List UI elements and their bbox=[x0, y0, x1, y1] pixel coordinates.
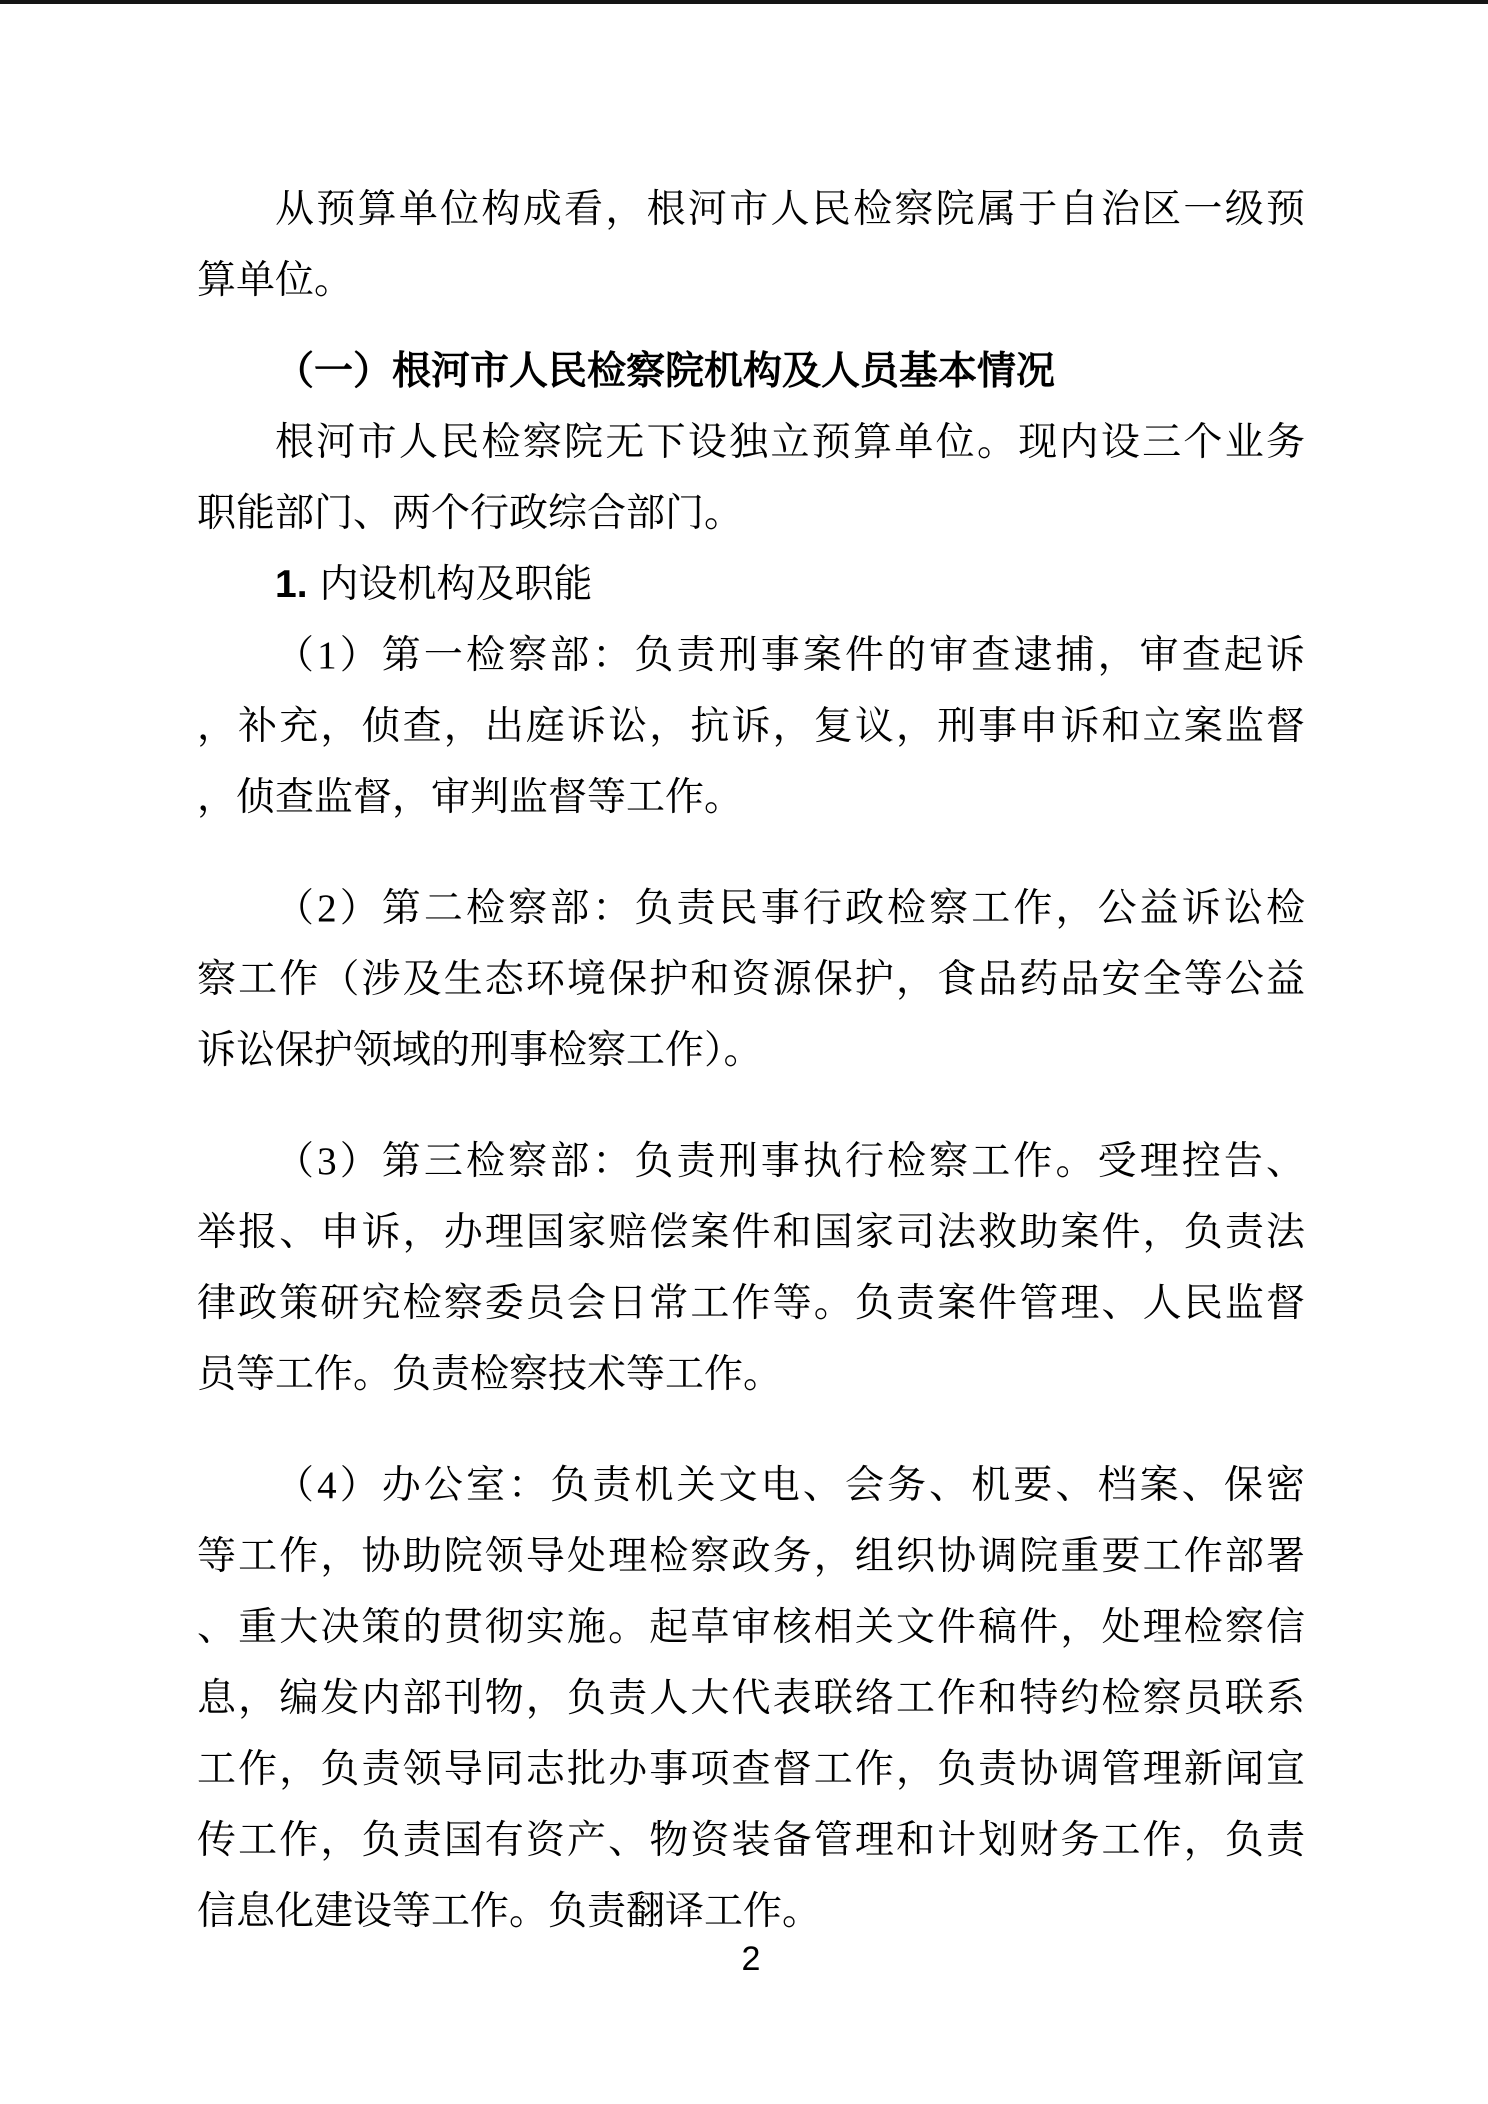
text-line: 根河市人民检察院无下设独立预算单位。现内设三个业务 bbox=[197, 407, 1305, 478]
section-heading: （一）根河市人民检察院机构及人员基本情况 bbox=[197, 336, 1305, 407]
page-number: 2 bbox=[197, 1934, 1305, 1984]
text-line: 等工作，协助院领导处理检察政务，组织协调院重要工作部署 bbox=[197, 1521, 1305, 1592]
dept3-paragraph: （3）第三检察部：负责刑事执行检察工作。受理控告、 举报、申诉，办理国家赔偿案件… bbox=[197, 1126, 1305, 1410]
text-line: ，侦查监督，审判监督等工作。 bbox=[197, 762, 1305, 833]
text-line: 律政策研究检察委员会日常工作等。负责案件管理、人民监督 bbox=[197, 1268, 1305, 1339]
text-line: 举报、申诉，办理国家赔偿案件和国家司法救助案件，负责法 bbox=[197, 1197, 1305, 1268]
document-page: 从预算单位构成看，根河市人民检察院属于自治区一级预 算单位。 （一）根河市人民检… bbox=[0, 0, 1488, 2104]
text-line: 职能部门、两个行政综合部门。 bbox=[197, 478, 1305, 549]
dept2-paragraph: （2）第二检察部：负责民事行政检察工作，公益诉讼检 察工作（涉及生态环境保护和资… bbox=[197, 873, 1305, 1086]
text-line: 工作，负责领导同志批办事项查督工作，负责协调管理新闻宣 bbox=[197, 1734, 1305, 1805]
text-line: （1）第一检察部：负责刑事案件的审查逮捕，审查起诉 bbox=[197, 620, 1305, 691]
text-line: （2）第二检察部：负责民事行政检察工作，公益诉讼检 bbox=[197, 873, 1305, 944]
dept1-paragraph: （1）第一检察部：负责刑事案件的审查逮捕，审查起诉 ，补充，侦查，出庭诉讼，抗诉… bbox=[197, 620, 1305, 833]
intro-paragraph: 从预算单位构成看，根河市人民检察院属于自治区一级预 算单位。 bbox=[197, 174, 1305, 316]
text-line: 传工作，负责国有资产、物资装备管理和计划财务工作，负责 bbox=[197, 1805, 1305, 1876]
text-line: 诉讼保护领域的刑事检察工作）。 bbox=[197, 1015, 1305, 1086]
text-line: 察工作（涉及生态环境保护和资源保护，食品药品安全等公益 bbox=[197, 944, 1305, 1015]
text-line: 员等工作。负责检察技术等工作。 bbox=[197, 1339, 1305, 1410]
overview-paragraph: 根河市人民检察院无下设独立预算单位。现内设三个业务 职能部门、两个行政综合部门。 bbox=[197, 407, 1305, 549]
text-line: 息，编发内部刊物，负责人大代表联络工作和特约检察员联系 bbox=[197, 1663, 1305, 1734]
text-line: 算单位。 bbox=[197, 245, 1305, 316]
subsection-title: 内设机构及职能 bbox=[320, 563, 593, 606]
text-line: 从预算单位构成看，根河市人民检察院属于自治区一级预 bbox=[197, 174, 1305, 245]
text-line: ，补充，侦查，出庭诉讼，抗诉，复议，刑事申诉和立案监督 bbox=[197, 691, 1305, 762]
text-line: 、重大决策的贯彻实施。起草审核相关文件稿件，处理检察信 bbox=[197, 1592, 1305, 1663]
office-paragraph: （4）办公室：负责机关文电、会务、机要、档案、保密 等工作，协助院领导处理检察政… bbox=[197, 1450, 1305, 1947]
subsection-number: 1. bbox=[275, 563, 308, 606]
text-line: （3）第三检察部：负责刑事执行检察工作。受理控告、 bbox=[197, 1126, 1305, 1197]
subsection-heading: 1.内设机构及职能 bbox=[197, 549, 1305, 620]
text-line: （4）办公室：负责机关文电、会务、机要、档案、保密 bbox=[197, 1450, 1305, 1521]
